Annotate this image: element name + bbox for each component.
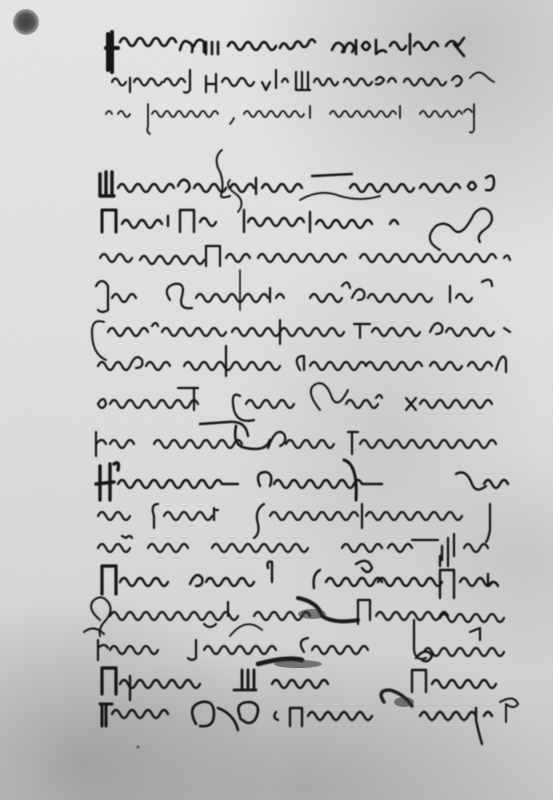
manuscript-page: [illegible heading line 1, begins with l… xyxy=(0,0,553,800)
body-line-4 xyxy=(96,270,492,312)
body-line-7 xyxy=(98,383,492,421)
ink-smudges xyxy=(136,609,414,749)
body-line-3 xyxy=(100,246,510,266)
body-line-8 xyxy=(96,422,496,456)
handwritten-script xyxy=(0,0,553,800)
body-line-16 xyxy=(100,690,518,744)
body-line-5 xyxy=(92,320,510,360)
body-line-10 xyxy=(98,504,490,542)
body-line-13 xyxy=(84,597,504,636)
body-line-14 xyxy=(98,620,504,660)
body-line-1 xyxy=(100,150,494,197)
body-line-12 xyxy=(102,546,498,598)
heading-line-1 xyxy=(106,32,464,72)
body-line-9 xyxy=(96,460,508,500)
body-line-15 xyxy=(102,651,496,700)
heading-line-3 xyxy=(106,104,474,134)
body-line-11 xyxy=(98,534,488,566)
heading-line-2 xyxy=(112,70,494,93)
body-line-6 xyxy=(98,346,506,376)
